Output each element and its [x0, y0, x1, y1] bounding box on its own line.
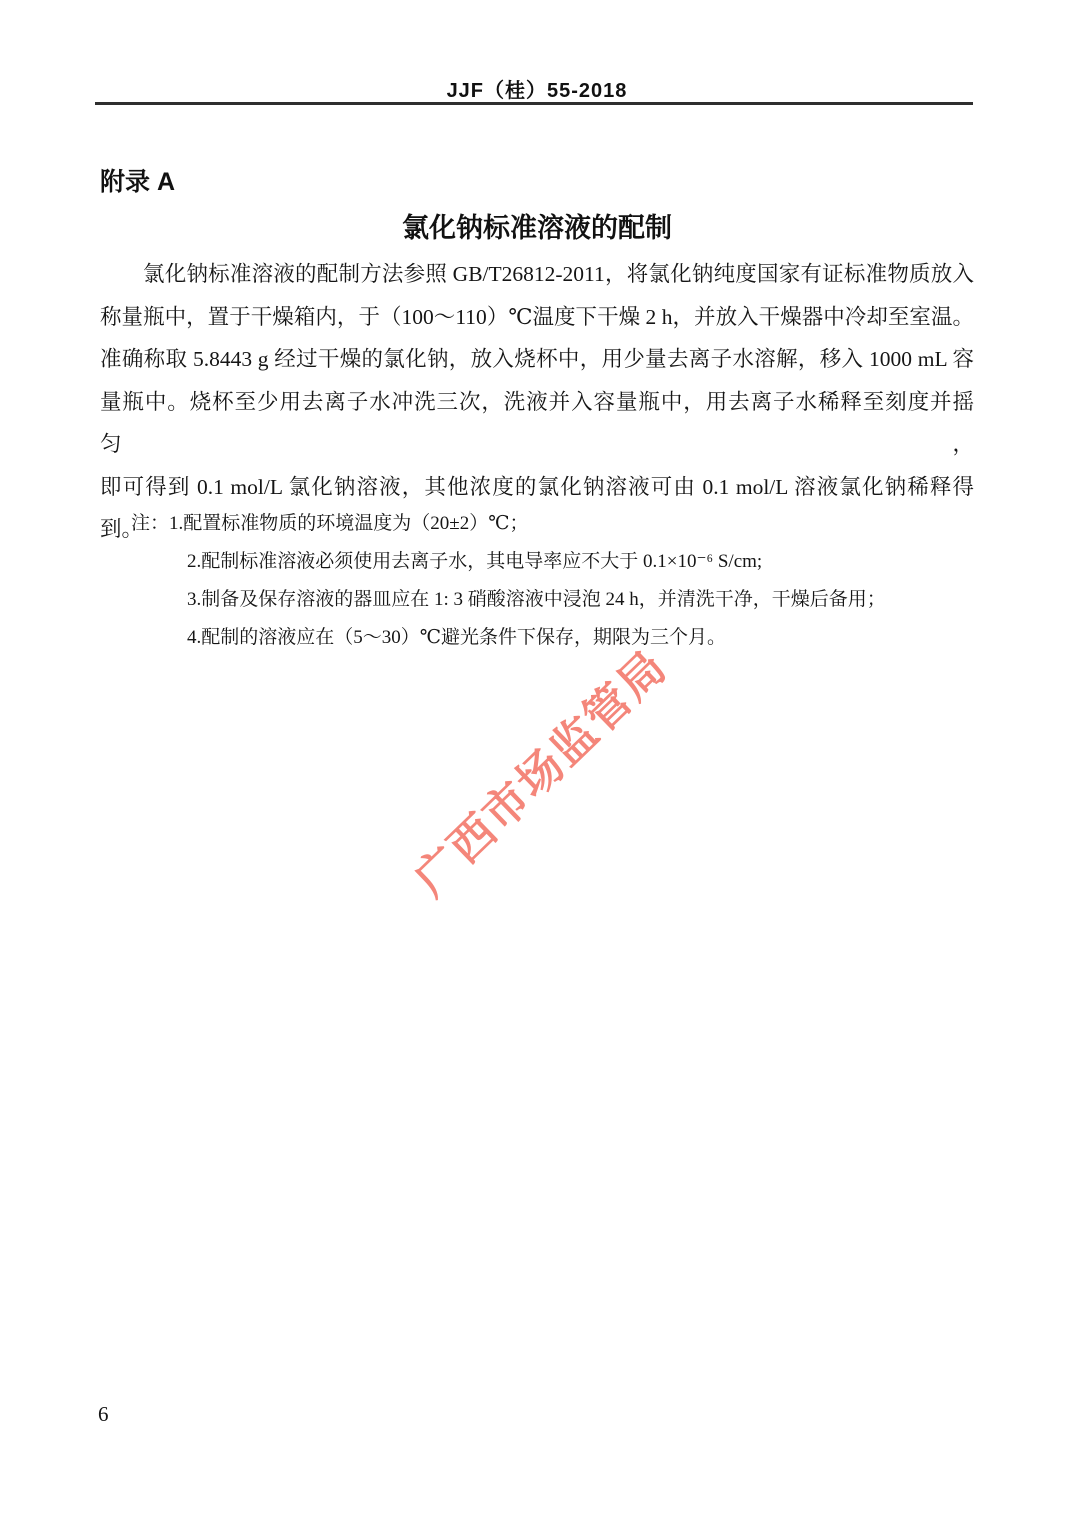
note-item: 1.配置标准物质的环境温度为（20±2）℃； — [169, 513, 528, 534]
notes-section: 注：1.配置标准物质的环境温度为（20±2）℃； 2.配制标准溶液必须使用去离子… — [131, 505, 941, 657]
note-item: 4.配制的溶液应在（5～30）℃避光条件下保存，期限为三个月。 — [131, 619, 941, 657]
paragraph-line: 氯化钠标准溶液的配制方法参照 GB/T26812-2011，将氯化钠纯度国家有证… — [100, 253, 974, 296]
paragraph-line: 即可得到 0.1 mol/L 氯化钠溶液，其他浓度的氯化钠溶液可由 0.1 mo… — [100, 466, 974, 509]
paragraph-line: 量瓶中。烧杯至少用去离子水冲洗三次，洗液并入容量瓶中，用去离子水稀释至刻度并摇匀… — [100, 381, 974, 466]
document-number: JJF（桂）55-2018 — [0, 74, 1074, 103]
appendix-label: 附录 A — [100, 162, 175, 198]
paragraph-line: 准确称取 5.8443 g 经过干燥的氯化钠，放入烧杯中，用少量去离子水溶解，移… — [100, 338, 974, 381]
watermark-text: 广西市场监管局 — [397, 632, 679, 907]
section-title: 氯化钠标准溶液的配制 — [0, 206, 1074, 245]
header-rule — [95, 102, 973, 105]
note-item: 3.制备及保存溶液的器皿应在 1: 3 硝酸溶液中浸泡 24 h，并清洗干净，干… — [131, 581, 941, 619]
document-page: JJF（桂）55-2018 附录 A 氯化钠标准溶液的配制 氯化钠标准溶液的配制… — [0, 0, 1074, 1520]
note-label: 注： — [131, 513, 169, 534]
paragraph-line: 称量瓶中，置于干燥箱内，于（100～110）℃温度下干燥 2 h，并放入干燥器中… — [100, 296, 974, 339]
page-number: 6 — [98, 1402, 109, 1427]
note-item: 2.配制标准溶液必须使用去离子水，其电导率应不大于 0.1×10⁻⁶ S/cm; — [131, 543, 941, 581]
note-line: 注：1.配置标准物质的环境温度为（20±2）℃； — [131, 505, 941, 543]
